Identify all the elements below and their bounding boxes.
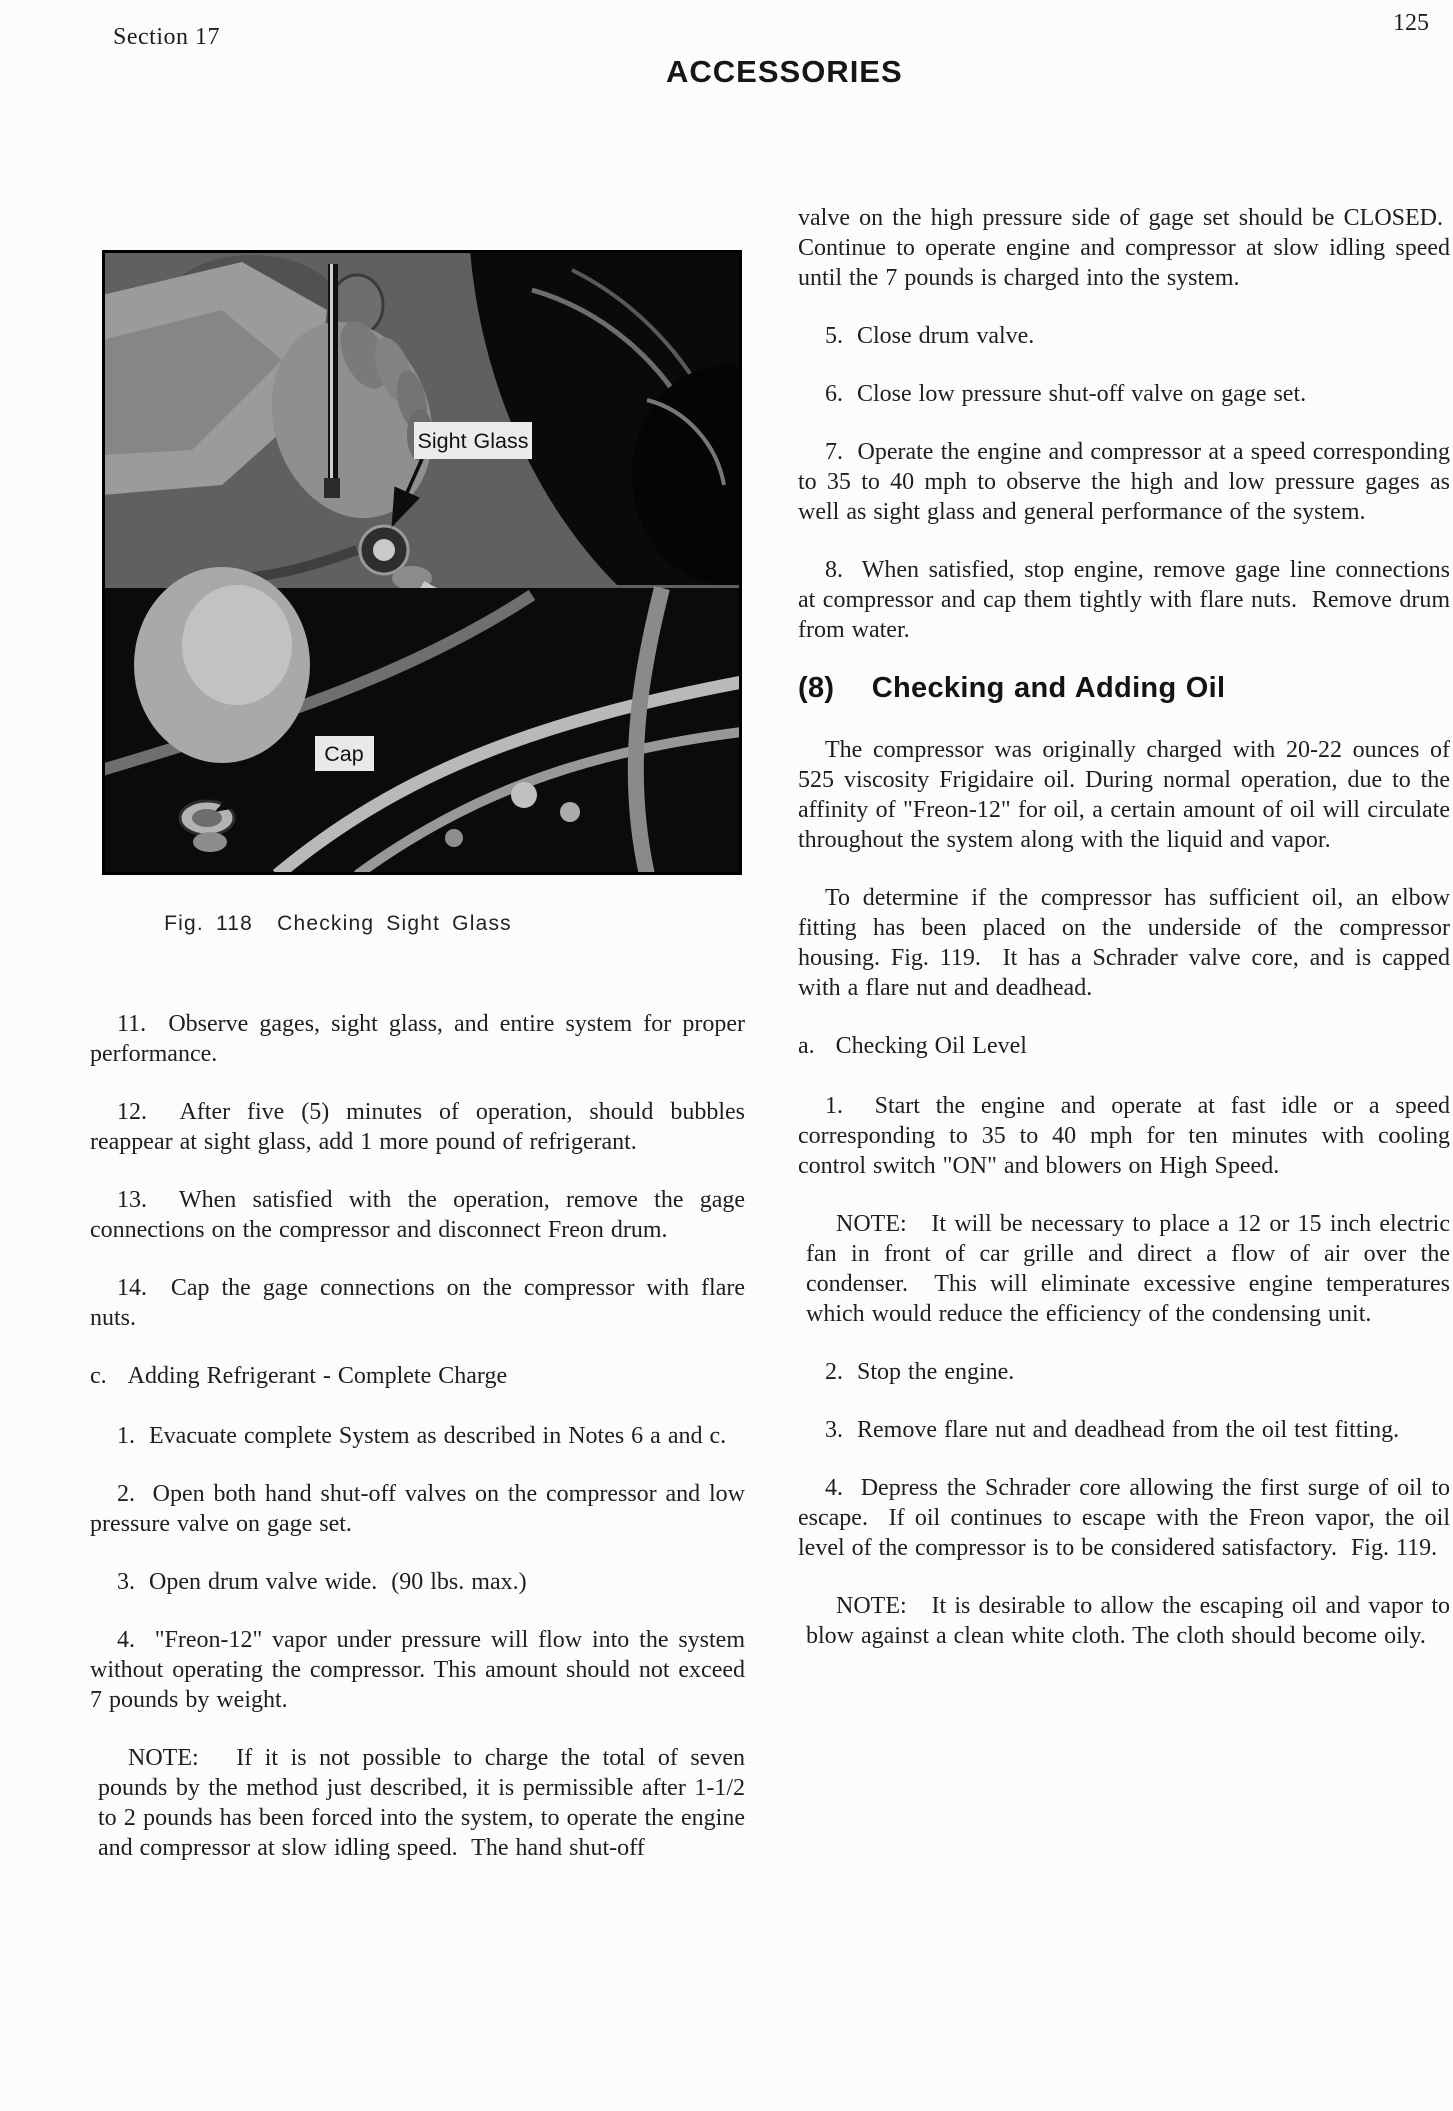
paragraph-a2: 2. Stop the engine. [798, 1357, 1450, 1387]
cap-callout: Cap [315, 736, 374, 771]
paragraph-11: 11. Observe gages, sight glass, and enti… [90, 1009, 745, 1069]
section-label: Section 17 [113, 24, 220, 51]
left-column: Sight Glass Cap Fig. 118 Checking Sight … [90, 250, 745, 1891]
paragraph-8: 8. When satisfied, stop engine, remove g… [798, 555, 1450, 645]
subhead-checking-oil-level: a. Checking Oil Level [798, 1031, 1450, 1061]
paragraph-c1: 1. Evacuate complete System as described… [90, 1421, 745, 1451]
paragraph-c2: 2. Open both hand shut-off valves on the… [90, 1479, 745, 1539]
figure-photo: Sight Glass Cap [102, 250, 742, 875]
page-title: ACCESSORIES [666, 54, 903, 90]
cap-label: Cap [324, 742, 363, 766]
heading-checking-and-adding-oil: (8) Checking and Adding Oil [798, 673, 1450, 703]
right-column: valve on the high pressure side of gage … [798, 203, 1450, 1679]
paragraph-continuation: valve on the high pressure side of gage … [798, 203, 1450, 293]
paragraph-5: 5. Close drum valve. [798, 321, 1450, 351]
paragraph-c3: 3. Open drum valve wide. (90 lbs. max.) [90, 1567, 745, 1597]
paragraph-a4: 4. Depress the Schrader core allowing th… [798, 1473, 1450, 1563]
paragraph-13: 13. When satisfied with the operation, r… [90, 1185, 745, 1245]
sight-glass-callout: Sight Glass [414, 422, 532, 459]
note-electric-fan: NOTE: It will be necessary to place a 12… [806, 1209, 1450, 1329]
paragraph-7: 7. Operate the engine and compressor at … [798, 437, 1450, 527]
sight-glass-label: Sight Glass [418, 429, 529, 453]
paragraph-oil-intro-2: To determine if the compressor has suffi… [798, 883, 1450, 1003]
paragraph-c4: 4. "Freon-12" vapor under pressure will … [90, 1625, 745, 1715]
paragraph-oil-intro-1: The compressor was originally charged wi… [798, 735, 1450, 855]
paragraph-6: 6. Close low pressure shut-off valve on … [798, 379, 1450, 409]
paragraph-14: 14. Cap the gage connections on the comp… [90, 1273, 745, 1333]
paragraph-a3: 3. Remove flare nut and deadhead from th… [798, 1415, 1450, 1445]
figure-caption: Fig. 118 Checking Sight Glass [18, 909, 658, 939]
subhead-adding-refrigerant: c. Adding Refrigerant - Complete Charge [90, 1361, 745, 1391]
note-charging: NOTE: If it is not possible to charge th… [98, 1743, 745, 1863]
note-white-cloth: NOTE: It is desirable to allow the escap… [806, 1591, 1450, 1651]
page-number: 125 [1393, 10, 1429, 37]
figure-118: Sight Glass Cap [102, 250, 742, 875]
paragraph-a1: 1. Start the engine and operate at fast … [798, 1091, 1450, 1181]
paragraph-12: 12. After five (5) minutes of operation,… [90, 1097, 745, 1157]
